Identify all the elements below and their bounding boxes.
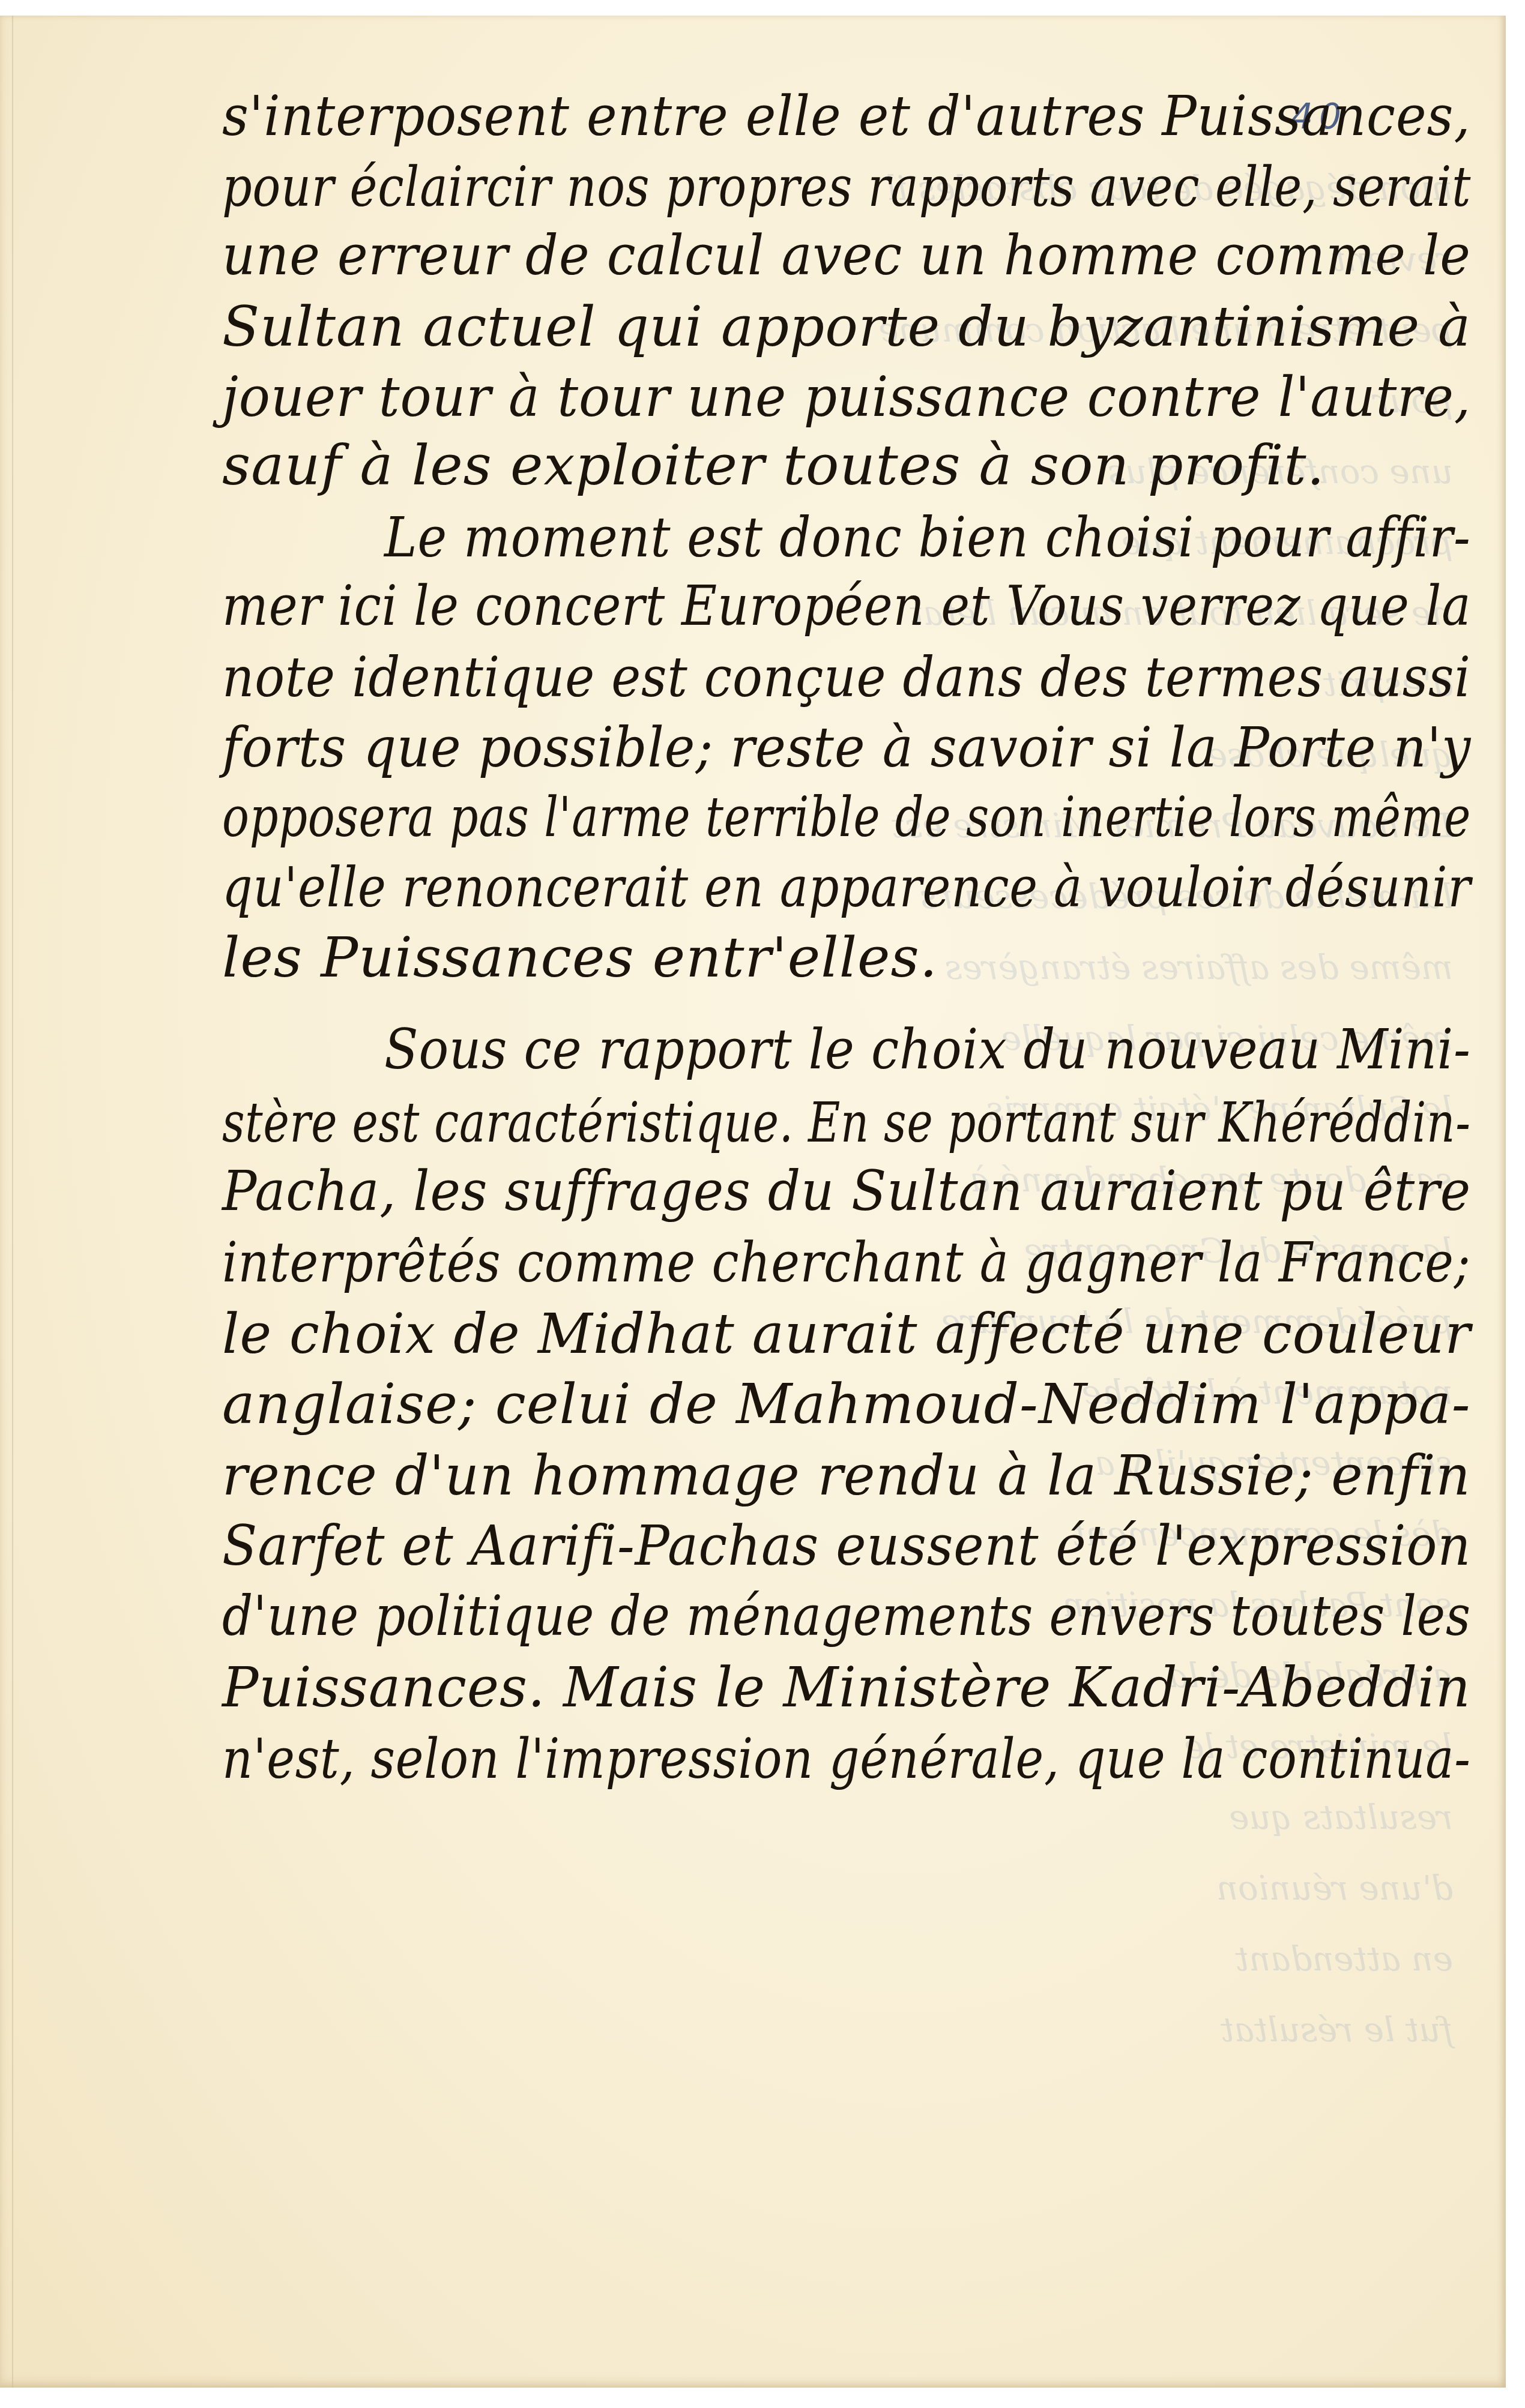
text-line: une erreur de calcul avec un homme comme…: [222, 223, 1385, 287]
text-line: s'interposent entre elle et d'autres Pui…: [222, 84, 1385, 148]
text-line: sauf à les exploiter toutes à son profit…: [222, 433, 1471, 498]
text-line: forts que possible; reste à savoir si la…: [222, 715, 1384, 780]
text-line: Puissances. Mais le Ministère Kadri-Abed…: [222, 1655, 1439, 1720]
text-line: d'une politique de ménagements envers to…: [222, 1584, 1308, 1648]
text-line: Pacha, les suffrages du Sultan auraient …: [222, 1159, 1379, 1223]
text-line: rence d'un hommage rendu à la Russie; en…: [222, 1443, 1424, 1508]
text-line: qu'elle renoncerait en apparence à voulo…: [222, 855, 1297, 920]
text-line: anglaise; celui de Mahmoud-Neddim l'appa…: [222, 1372, 1460, 1436]
text-line: stère est caractéristique. En se portant…: [222, 1091, 1215, 1155]
paragraph-start-line: Le moment est donc bien choisi pour affi…: [384, 505, 1355, 570]
text-line: Sultan actuel qui apporte du byzantinism…: [222, 295, 1454, 359]
text-line: jouer tour à tour une puissance contre l…: [222, 365, 1398, 429]
text-line: mer ici le concert Européen et Vous verr…: [222, 574, 1321, 638]
paragraph-start-line: Sous ce rapport le choix du nouveau Mini…: [384, 1017, 1359, 1082]
text-line: interprêtés comme cherchant à gagner la …: [222, 1230, 1314, 1295]
text-line: pour éclaircir nos propres rapports avec…: [222, 155, 1276, 219]
text-line: opposera pas l'arme terrible de son iner…: [222, 785, 1234, 849]
text-line: n'est, selon l'impression générale, que …: [222, 1727, 1293, 1791]
text-line: le choix de Midhat aurait affecté une co…: [222, 1302, 1428, 1366]
text-line: Sarfet et Aarifi-Pachas eussent été l'ex…: [222, 1514, 1377, 1578]
text-line: les Puissances entr'elles.: [222, 926, 1471, 990]
text-line: note identique est conçue dans des terme…: [222, 645, 1345, 709]
